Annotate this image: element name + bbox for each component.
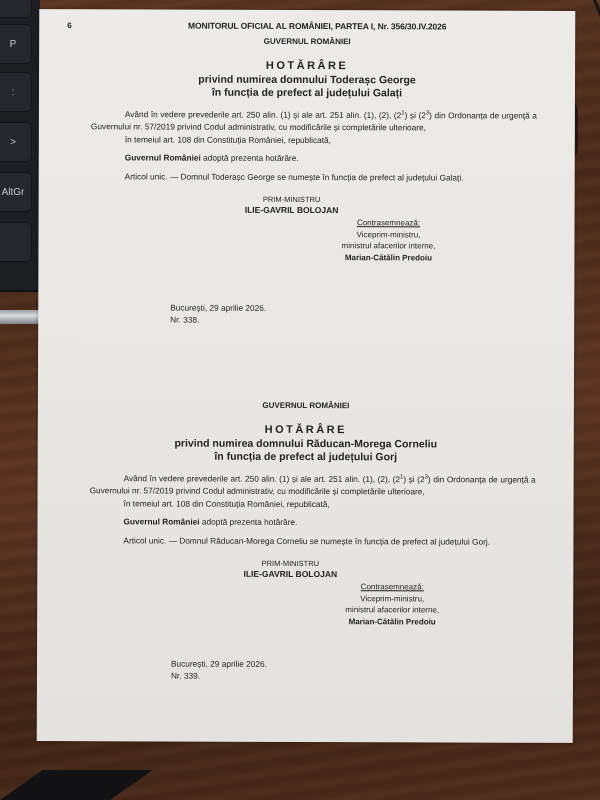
decision-339: GUVERNUL ROMÂNIEI HOTĂRÂRE privind numir… [37,400,574,548]
place-and-number: București, 29 aprilie 2026. Nr. 339. [171,659,267,682]
sole-article: Articol unic. — Domnul Toderașc George s… [91,170,537,184]
keyboard-key: : [0,72,32,112]
pm-label: PRIM-MINISTRU [222,195,362,204]
decision-title: privind numirea domnului Răducan-Morega … [38,437,574,465]
adoption-formula: Guvernul României adoptă prezenta hotărâ… [91,152,537,166]
recital-1: Având în vedere prevederile art. 250 ali… [91,106,537,134]
pm-label: PRIM-MINISTRU [220,559,360,568]
keyboard-key [0,222,32,262]
laptop-keyboard: P : > AltGr [0,0,40,292]
recital-1: Având în vedere prevederile art. 250 ali… [90,470,536,498]
decision-338: GUVERNUL ROMÂNIEI HOTĂRÂRE privind numir… [39,36,576,184]
decision-type: HOTĂRÂRE [39,59,575,73]
issuer: GUVERNUL ROMÂNIEI [38,400,574,411]
decision-body: Având în vedere prevederile art. 250 ali… [39,106,575,184]
sole-article: Articol unic. — Domnul Răducan-Morega Co… [89,534,535,548]
laptop-edge [0,310,42,324]
keyboard-key: P [0,24,32,64]
decision-body: Având în vedere prevederile art. 250 ali… [37,470,573,548]
keyboard-key: > [0,122,32,162]
recital-2: în temeiul art. 108 din Constituția Româ… [91,133,537,147]
pm-name: ILIE-GAVRIL BOLOJAN [222,205,362,215]
decision-type: HOTĂRÂRE [38,423,574,437]
countersignature: Contrasemnează: Viceprim-ministru, minis… [313,217,463,264]
keyboard-key: AltGr [0,172,32,212]
running-head: MONITORUL OFICIAL AL ROMÂNIEI, PARTEA I,… [39,20,575,32]
adoption-formula: Guvernul României adoptă prezenta hotărâ… [89,516,535,530]
pm-name: ILIE-GAVRIL BOLOJAN [220,569,360,579]
decision-title: privind numirea domnului Toderașc George… [39,73,575,101]
document-page: 6 MONITORUL OFICIAL AL ROMÂNIEI, PARTEA … [37,9,576,743]
issuer: GUVERNUL ROMÂNIEI [39,36,575,47]
recital-2: în temeiul art. 108 din Constituția Româ… [90,497,536,511]
keyboard-key [0,0,32,18]
place-and-number: București, 29 aprilie 2026. Nr. 338. [170,303,266,326]
countersignature: Contrasemnează: Viceprim-ministru, minis… [317,581,467,628]
